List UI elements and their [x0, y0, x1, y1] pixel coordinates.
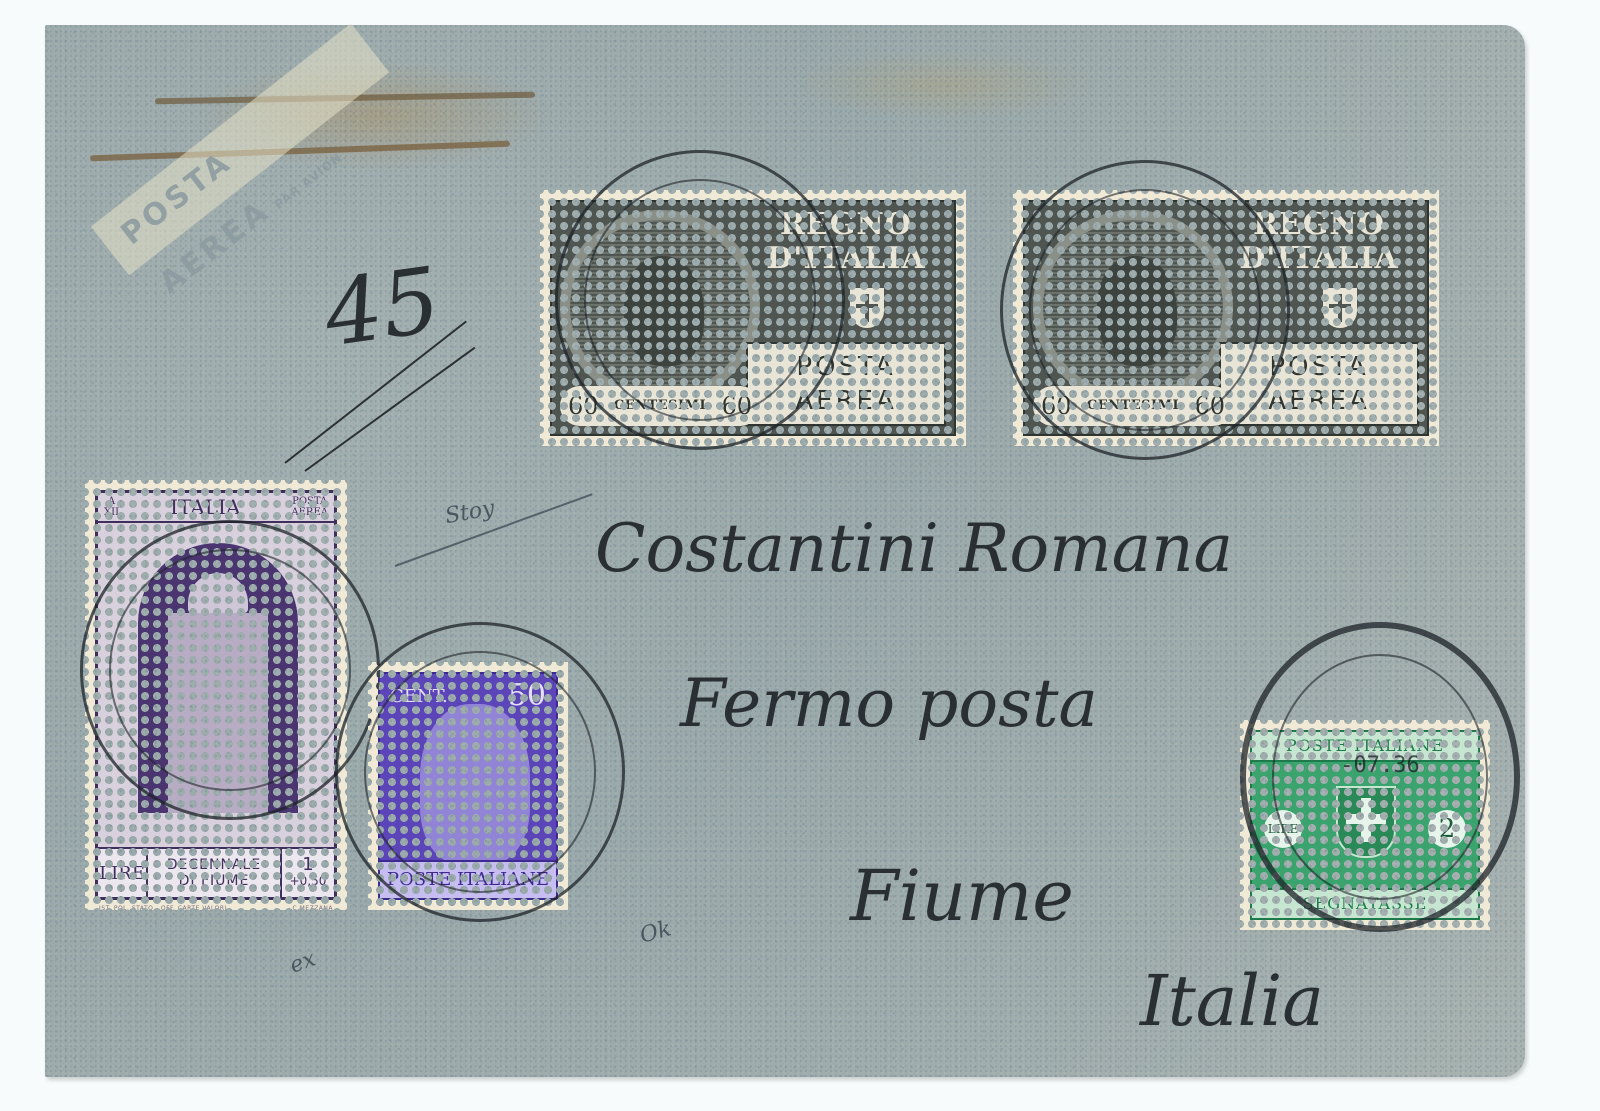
- savoy-crest-icon: [850, 288, 884, 328]
- address-line-fermo-posta: Fermo posta: [680, 665, 1098, 742]
- address-line-country: Italia: [1140, 960, 1324, 1042]
- address-line-name: Costantini Romana: [595, 510, 1233, 587]
- postmark-milano-2: [1000, 160, 1290, 460]
- postmark-milano-1: [555, 150, 845, 450]
- address-line-city: Fiume: [850, 855, 1074, 937]
- savoy-crest-icon: [1323, 288, 1357, 328]
- postmark-fiume: -07.36: [1240, 622, 1520, 932]
- postmark-milano-4: [335, 622, 625, 922]
